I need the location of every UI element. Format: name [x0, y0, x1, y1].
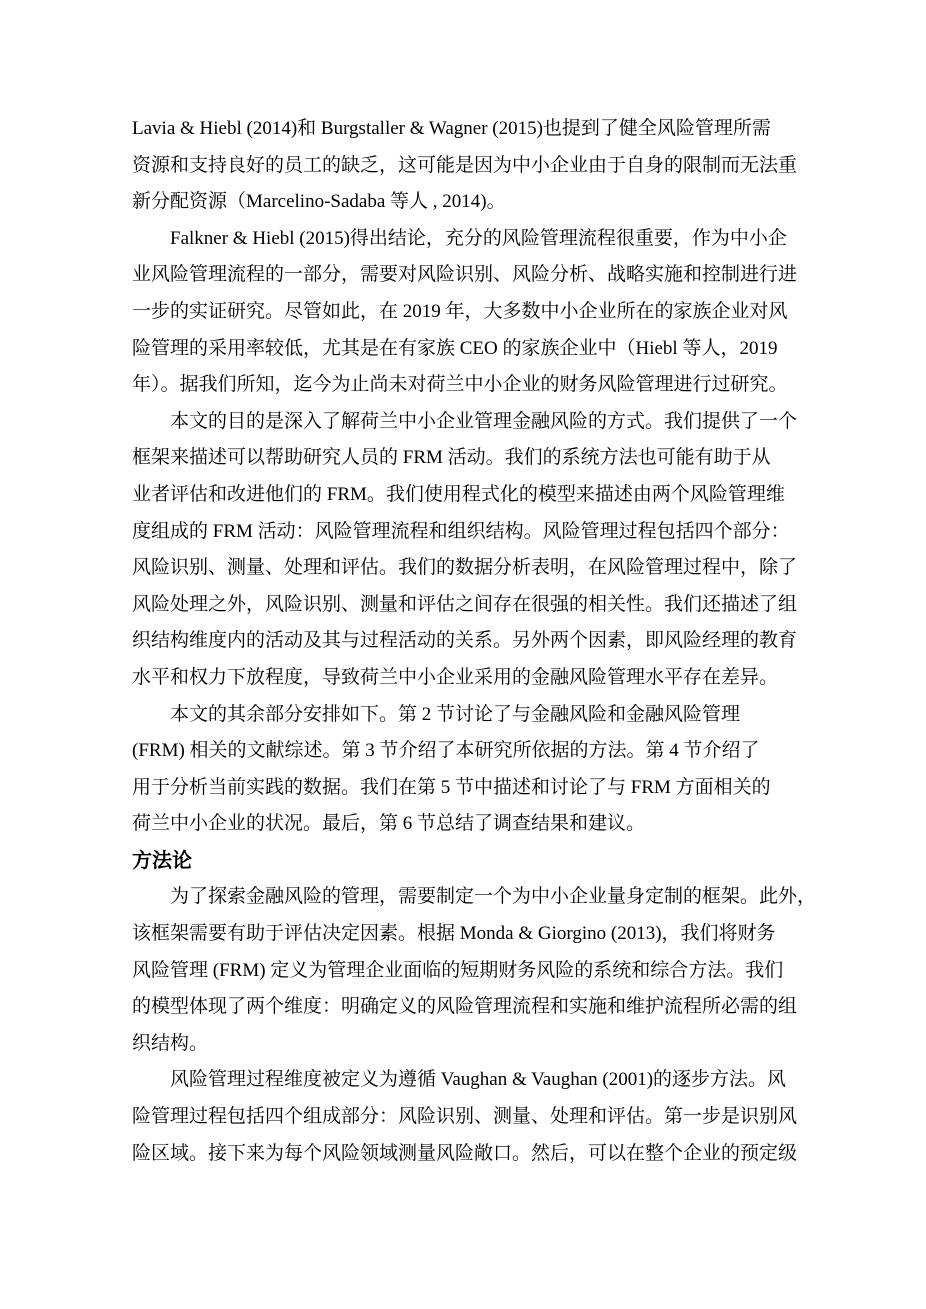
text-line: 资源和支持良好的员工的缺乏，这可能是因为中小企业由于自身的限制而无法重 [132, 148, 796, 185]
body-paragraph: 为了探索金融风险的管理，需要制定一个为中小企业量身定制的框架。此外，该框架需要有… [132, 879, 796, 1062]
text-line: 荷兰中小企业的状况。最后，第 6 节总结了调查结果和建议。 [132, 806, 796, 843]
text-line: Falkner & Hiebl (2015)得出结论，充分的风险管理流程很重要，… [132, 221, 796, 258]
text-line: 业风险管理流程的一部分，需要对风险识别、风险分析、战略实施和控制进行进 [132, 257, 796, 294]
text-line: 框架来描述可以帮助研究人员的 FRM 活动。我们的系统方法也可能有助于从 [132, 440, 796, 477]
text-line: (FRM) 相关的文献综述。第 3 节介绍了本研究所依据的方法。第 4 节介绍了 [132, 733, 796, 770]
section-heading: 方法论 [132, 843, 796, 880]
body-paragraph: 风险管理过程维度被定义为遵循 Vaughan & Vaughan (2001)的… [132, 1062, 796, 1172]
text-line: 新分配资源（Marcelino-Sadaba 等人 , 2014)。 [132, 184, 796, 221]
body-paragraph: 本文的其余部分安排如下。第 2 节讨论了与金融风险和金融风险管理(FRM) 相关… [132, 697, 796, 843]
text-line: 水平和权力下放程度，导致荷兰中小企业采用的金融风险管理水平存在差异。 [132, 660, 796, 697]
text-line: 织结构。 [132, 1026, 796, 1063]
text-line: 业者评估和改进他们的 FRM。我们使用程式化的模型来描述由两个风险管理维 [132, 477, 796, 514]
text-line: 本文的其余部分安排如下。第 2 节讨论了与金融风险和金融风险管理 [132, 697, 796, 734]
document-body: Lavia & Hiebl (2014)和 Burgstaller & Wagn… [132, 111, 796, 1172]
text-line: 用于分析当前实践的数据。我们在第 5 节中描述和讨论了与 FRM 方面相关的 [132, 770, 796, 807]
text-line: 一步的实证研究。尽管如此，在 2019 年，大多数中小企业所在的家族企业对风 [132, 294, 796, 331]
body-paragraph: 本文的目的是深入了解荷兰中小企业管理金融风险的方式。我们提供了一个框架来描述可以… [132, 404, 796, 697]
text-line: 险管理的采用率较低，尤其是在有家族 CEO 的家族企业中（Hiebl 等人，20… [132, 331, 796, 368]
text-line: 险管理过程包括四个组成部分：风险识别、测量、处理和评估。第一步是识别风 [132, 1099, 796, 1136]
document-page: Lavia & Hiebl (2014)和 Burgstaller & Wagn… [0, 0, 926, 1309]
body-paragraph: Lavia & Hiebl (2014)和 Burgstaller & Wagn… [132, 111, 796, 221]
text-line: Lavia & Hiebl (2014)和 Burgstaller & Wagn… [132, 111, 796, 148]
text-line: 风险处理之外，风险识别、测量和评估之间存在很强的相关性。我们还描述了组 [132, 587, 796, 624]
text-line: 年）。据我们所知，迄今为止尚未对荷兰中小企业的财务风险管理进行过研究。 [132, 367, 796, 404]
text-line: 风险管理 (FRM) 定义为管理企业面临的短期财务风险的系统和综合方法。我们 [132, 953, 796, 990]
text-line: 织结构维度内的活动及其与过程活动的关系。另外两个因素，即风险经理的教育 [132, 623, 796, 660]
heading-text: 方法论 [132, 843, 796, 880]
text-line: 该框架需要有助于评估决定因素。根据 Monda & Giorgino (2013… [132, 916, 796, 953]
body-paragraph: Falkner & Hiebl (2015)得出结论，充分的风险管理流程很重要，… [132, 221, 796, 404]
text-line: 险区域。接下来为每个风险领域测量风险敞口。然后，可以在整个企业的预定级 [132, 1136, 796, 1173]
text-line: 风险管理过程维度被定义为遵循 Vaughan & Vaughan (2001)的… [132, 1062, 796, 1099]
text-line: 风险识别、测量、处理和评估。我们的数据分析表明，在风险管理过程中，除了 [132, 550, 796, 587]
text-line: 本文的目的是深入了解荷兰中小企业管理金融风险的方式。我们提供了一个 [132, 404, 796, 441]
text-line: 为了探索金融风险的管理，需要制定一个为中小企业量身定制的框架。此外， [132, 879, 796, 916]
text-line: 的模型体现了两个维度：明确定义的风险管理流程和实施和维护流程所必需的组 [132, 989, 796, 1026]
text-line: 度组成的 FRM 活动：风险管理流程和组织结构。风险管理过程包括四个部分： [132, 514, 796, 551]
